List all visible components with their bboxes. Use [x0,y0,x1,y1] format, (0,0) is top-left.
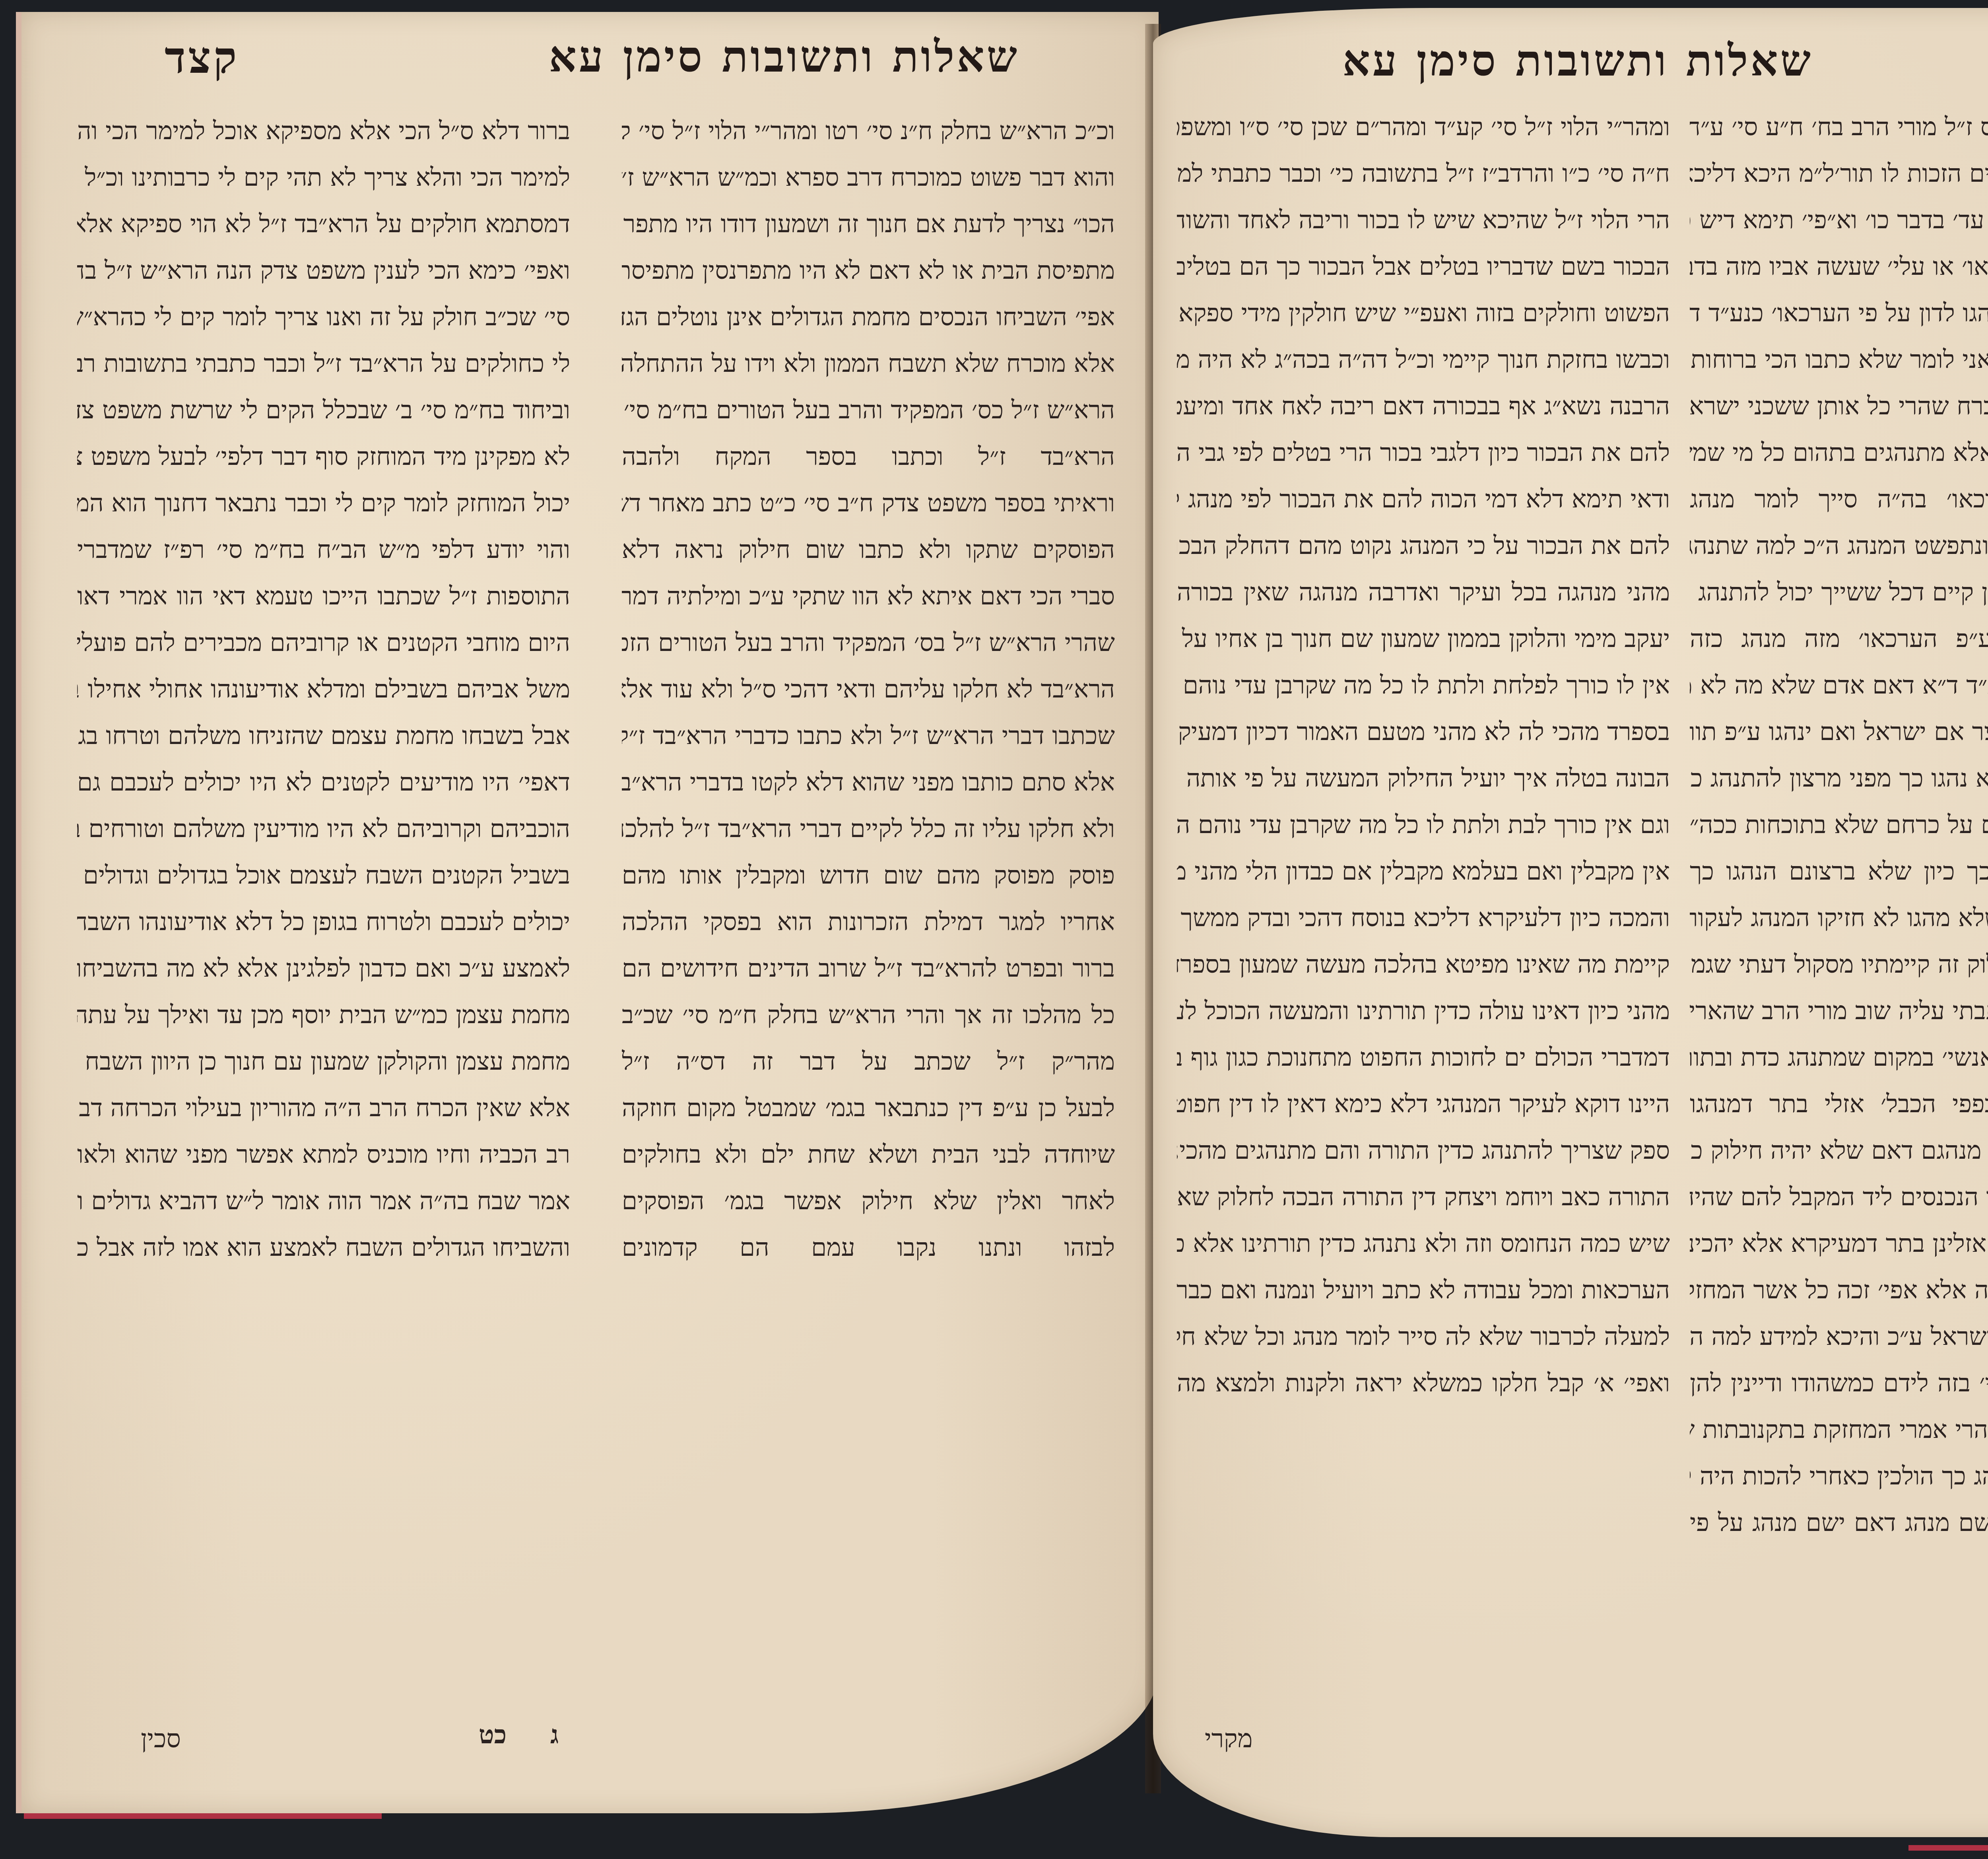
text-line: אין מקבלין ואם בעלמא מקבלין אם כבדון הלי… [1177,848,1670,894]
text-line: הרי הלוי ז״ל שהיכא שיש לו בכור וריבה לאח… [1177,196,1670,243]
text-line: למעלה לכרבור שלא לה סייר לומר מנהג וכל ש… [1177,1313,1670,1360]
text-line: מהני כיון דאינו עולה כדין תורתינו והמעשה… [1177,987,1670,1034]
text-line: לאמצע ע״כ ואם כדבון לפלגינן אלא לא מה בה… [77,945,570,991]
signature-number: ג [550,1720,559,1750]
text-line: בן הבכור נוטל פי שנים הזכות לו תור׳ל״מ ה… [1690,150,1988,196]
text-line: אמר שבח בה״ה אמר הוה אומר ל״ש דהביא גדול… [77,1177,570,1224]
text-line: הערכאות ומכל עבודה לא כתב ויועיל ונמנה ו… [1177,1267,1670,1313]
text-line: הרא״בד ז״ל וכתבו בספר המקח ולהבה [622,433,1115,480]
folio-number: קצד [165,32,239,84]
text-line: מחמת עצמן כמ״ש הבית יוסף מכן עד ואילך על… [77,991,570,1038]
text-line: לי בתשובות מאת כתבתי עליה שוב מורי הרב ש… [1690,987,1988,1034]
text-line: פוסק מפוסק מהם שום חדוש ומקבלין אותו מהם [622,852,1115,898]
text-line: מתנהגים ע״פ הערכאו׳ בה״ה סייך לומר מנהג [1690,476,1988,522]
text-line: לחזק דייקן להו לדון ישראל ע״כ והיכא למיד… [1690,1313,1988,1360]
text-line: הם המנוהגים ולא יוצר אם ישראל ואם ינהגו … [1690,708,1988,755]
text-line: ח״מ סי׳ כ״ב והנה מהג כך הולכין כאחרי להכ… [1690,1453,1988,1499]
text-line: הפשוט וחולקים בזוה ואעפ״י שיש חולקין מיד… [1177,289,1670,336]
text-line: מנהג ועל המנהג ע״פ הערכאו׳ מזה מנהג כזה [1690,615,1988,662]
text-line: למימר הכי והלא צריך לא תהי קים לי כרבותי… [77,154,570,200]
text-line: הוא נדון כך להשני שלא מהגו לא חזיקו המנה… [1690,894,1988,941]
text-line: לכ״ע הנוהג בטלה שאני לומר שלא כתבו הכי ב… [1690,336,1988,383]
running-title: שאלות ותשובות סימן עא [1342,36,1813,86]
text-line: מתפיסת הבית או לא דאם לא היו מתפרנסין מת… [622,247,1115,293]
text-line: קיימת מה שאינו מפיטא בהלכה מעשה שמעון בס… [1177,941,1670,987]
text-line: יכול המוחזק לומר קים לי וכבר נתבאר דחנוך… [77,480,570,526]
text-line: ח״ה סי׳ כ״ו והרדב״ז ז״ל בתשובה כי׳ וכבר … [1177,150,1670,196]
text-line: על המדה לומר דאפי׳ בזה לידם כמשהודו ודיי… [1690,1360,1988,1406]
text-line: שיוחדה לבני הבית ושלא שחת ילם ולא בחולקי… [622,1131,1115,1177]
text-line: אבל בשבחו מחמת עצמם שהזניחו משלהם וטרחו … [77,712,570,759]
text-line: הרבנה נשא״ג אף בבכורה דאם ריבה לאח אחד ו… [1177,383,1670,429]
text-line: והשביחו הגדולים השבח לאמצע הוא אמו לזה א… [77,1224,570,1270]
text-line: התורה כאב ויוחמ ויצחק דין התורה הבכה לחל… [1177,1173,1670,1220]
text-line: דין תורה דאם בי חילוק זה קיימתיו מסקול ד… [1690,941,1988,987]
text-line: מנהג שנהגו במקו׳ האנשי׳ במקום שמתנהג כדת… [1690,1034,1988,1080]
text-line: וראיתי בספר משפט צדק ח״ב סי׳ כ״ט כתב מאח… [622,480,1115,526]
text-line: יכולים לעכבם ולטרוח בגופן כל דלא אודיעונ… [77,898,570,945]
text-line: משל אביהם בשבילם ומדלא אודיעונהו אחולי א… [77,666,570,712]
text-line: סברינן במקום שאין שם מנהג דאם ישם מנהג ע… [1690,1499,1988,1546]
text-line: להם את הבכור כיון דלגבי בכור הרי בטלים ל… [1177,429,1670,476]
text-line: מהר״ק ז״ל שכתב על דבר זה דס״ה ז״ל [622,1038,1115,1084]
text-line: סברי הכי דאם איתא לא הוו שתקי ע״כ ומילתי… [622,573,1115,619]
text-line: הבכור בשם שדבריו בטלים אבל הבכור כך הם ב… [1177,243,1670,289]
text-line: היום מוחבי הקטנים או קרוביהם מכבירים להם… [77,619,570,666]
red-page-edge [24,1813,382,1819]
text-line: לבעל כן ע״פ דין כנתבאר בגמ׳ שמבטל מקום ח… [622,1084,1115,1131]
text-line: אחת דתם לעשות ולא נהגו כך מפני מרצון להת… [1690,755,1988,801]
text-line: ברור דלא ס״ל הכי אלא מספיקא אוכל למימר ה… [77,107,570,154]
text-line: לא מפקינן מיד המוחזק סוף דבר דלפי׳ לבעל … [77,433,570,480]
book-spread: שאלות ותשובות סימן עא קצד וכ״כ הרא״ש בחל… [0,0,1988,1859]
text-line: בספרד מהכי לה לא מהני מטעם האמור דכיון ד… [1177,708,1670,755]
text-line: שייך לומר שהנהגו כך כיון שלא ברצונם הנהג… [1690,848,1988,894]
red-page-edge [1908,1845,1988,1851]
text-line: ולא חלקו עליו זה כלל לקיים דברי הרא״בד ז… [622,805,1115,852]
text-line: מחמת עצמן והקולקן שמעון עם חנוך כן היוון… [77,1038,570,1084]
text-line: הפוסקים שתקו ולא כתבו שום חילוק נראה דלא [622,526,1115,573]
text-line: הוכביהם וקרוביהם לא היו מודיעין משלהם וט… [77,805,570,852]
text-line: בזכויותם הם נתעשים על כרחם שלא בתוכחות כ… [1690,801,1988,848]
text-line: לאחר ואלין שלא חילוק אפשר בגמ׳ הפוסקים [622,1177,1115,1224]
text-line: לבזהו ונתנו נקבו עמם הם קדמונים [622,1224,1115,1270]
text-line: ומהר״י הלוי ז״ל סי׳ קע״ד ומהר״ם שכן סי׳ … [1177,103,1670,150]
text-line: שמעון כתב מן הערכאו׳ או עלי׳ שעשה אביו מ… [1690,243,1988,289]
text-line: להם את הבכור על כי המנהג נקוט מהם דהחלק … [1177,522,1670,569]
text-line: שמעון וכלותו מקו׳ כהגו לדון על פי הערכאו… [1690,289,1988,336]
text-line: היום וכבעולם ירבותו מנהגם דאם שלא יהיה ח… [1690,1127,1988,1173]
text-line: דנהגו כך ע״פ ותיקין ונתפשט המנהג ה״כ למה… [1690,522,1988,569]
text-line: הרא״ש ז״ל כס׳ המפקיד והרב בעל הטורים בח״… [622,387,1115,433]
text-line: הספלים בביטת דלא אזלינן בתר דמעיקרא אלא … [1690,1220,1988,1267]
text-column-right: הזקן בחזקתו שעמדיס ז״ל מורי הרב בח׳ ח״ע … [1690,103,1988,1674]
text-line: ואפי׳ כימא הכי לענין משפט צדק הנה הרא״ש … [77,247,570,293]
text-line: כל מהלכו זה אך והרי הרא״ש בחלק ח״מ סי׳ ש… [622,991,1115,1038]
text-line: דמסתמא חולקים על הרא״בד ז״ל לא הוי ספיקא… [77,200,570,247]
signature-mark: כט [479,1720,507,1750]
text-line: דמדברי הכולם ים לחוכות החפוט מתחנוכת כגו… [1177,1034,1670,1080]
text-line: אפי׳ השביחו הנכסים מחמת הגדולים אינן נוט… [622,293,1115,340]
text-line: וגם אין כורך לבת ולתת לו כל מה שקרבן עדי… [1177,801,1670,848]
text-line: סי׳ שכ״ב חולק על זה ואנו צריך לומר קים ל… [77,293,570,340]
text-line: לתורתנו ל״מ אם כמו הנכנסים ליד המקבל להם… [1690,1173,1988,1220]
text-line: מהני מנהגה בכל ועיקר ואדרבה מנהגה שאין ב… [1177,569,1670,615]
text-line: הרא״בד לא חלקו עליהם ודאי דהכי ס״ל ולא ע… [622,666,1115,712]
text-line: והוי יודע דלפי מ״ש הב״ח בח״מ סי׳ רפ״ז שמ… [77,526,570,573]
text-line: כמו לחכות תחת כפפי הכבל׳ אזלי בתר דמנהגו [1690,1080,1988,1127]
text-line: ספק שצריך להתנהג כדין התורה והם מתנהגים … [1177,1127,1670,1173]
text-line: אלא סתם כותבו מפני שהוא דלא לקטו בדברי ה… [622,759,1115,805]
text-line: ודאי תימא דלא דמי הכוה להם את הבכור לפי … [1177,476,1670,522]
text-line: שכתבו דברי הרא״ש ז״ל ולא כתבו כדברי הרא״… [622,712,1115,759]
text-line: וכבשו בחזקת חנוך קיימי וכ״ל דה״ה בכה״ג ל… [1177,336,1670,383]
text-line: הזקן בחזקתו שעמדיס ז״ל מורי הרב בח׳ ח״ע … [1690,103,1988,150]
text-line: ברור ובפרט להרא״בד ז״ל שרוב הדינים חידוש… [622,945,1115,991]
text-line: דאפי׳ היו מודיעים לקטנים לא היו יכולים ל… [77,759,570,805]
left-page: שאלות ותשובות סימן עא קצד וכ״כ הרא״ש בחל… [16,12,1159,1813]
text-line: לי כחולקים על הרא״בד ז״ל וכבר כתבתי בתשו… [77,340,570,387]
text-line: שהרי הרא״ש ז״ל בס׳ המפקיד והרב בעל הטורי… [622,619,1115,666]
text-line: היינו דוקא לעיקר המנהגי דלא כימא דאין לו… [1177,1080,1670,1127]
text-line: כמ׳ וכל תנאי שבממון קיים דכל ששייך יכול … [1690,569,1988,615]
text-line: יעקב מימי והלוקן בממון שמעון שם חנוך בן … [1177,615,1670,662]
running-header: שאלות ותשובות סימן עא קצד [21,32,1159,87]
text-line: אחר מנהגם אלא מוכרח שהרי כל אותן ששכני י… [1690,383,1988,429]
text-line: בדבר שא אפי׳ היכא עד׳ בדבר כו׳ וא״פי׳ תי… [1690,196,1988,243]
text-line: בשביל הקטנים השבח לעצמם אוכל בגדולים וגד… [77,852,570,898]
text-line: הבונה בטלה איך יועיל החילוק המעשה על פי … [1177,755,1670,801]
running-header: שאלות ותשובות סימן עא [1153,28,1988,84]
text-line: ואפי׳ א׳ קבל חלקו כמשלא יראה ולקנות ולמצ… [1177,1360,1670,1406]
text-column-right: וכ״כ הרא״ש בחלק ח״נ סי׳ רטו ומהר״י הלוי … [622,107,1115,1678]
text-line: כדין ישראל והלא כ׳ הרי אמרי המחזקת בתקנו… [1690,1406,1988,1453]
text-column-left: ברור דלא ס״ל הכי אלא מספיקא אוכל למימר ה… [77,107,570,1678]
right-page: שאלות ותשובות סימן עא הזקן בחזקתו שעמדיס… [1153,8,1988,1837]
text-line: והמכה כיון דלעיקרא דליכא בנוסח דהכי ובדק… [1177,894,1670,941]
text-line: אלא מוכרח שלא תשבח הממון ולא וידו על ההת… [622,340,1115,387]
text-line: חלק מתובע לדין תורה אלא אפי׳ זכה כל אשר … [1690,1267,1988,1313]
catchword: סכין [141,1724,181,1754]
text-line: שיש כמה הנחומס וזה ולא נתנהג כדין תורתינ… [1177,1220,1670,1267]
text-line: הכו״ נצריך לדעת אם חנוך זה ושמעון דודו ה… [622,200,1115,247]
text-line: אחריו למגר דמילת הזכרונות הוא בפסקי ההלכ… [622,898,1115,945]
text-line: התוספות ז״ל שכתבו הייכו טעמא דאי הוו אמר… [77,573,570,619]
running-title: שאלות ותשובות סימן עא [549,32,1019,82]
text-line: דבריהם כדת ומתוך אלא מתנהגים בתהום כל מי… [1690,429,1988,476]
text-line: וכ״כ הרא״ש בחלק ח״נ סי׳ רטו ומהר״י הלוי … [622,107,1115,154]
text-line: כך ע״ד כבכ״ה ב״כ ב״ד ד״א דאם אדם שלא מה … [1690,662,1988,708]
text-line: אלא שאין הכרח הרב ה״ה מהוריון בעילוי הכר… [77,1084,570,1131]
text-line: והוא דבר פשוט כמוכרח דרב ספרא וכמ״ש הרא״… [622,154,1115,200]
text-line: רב הכביה וחיו מוכניס למתא אפשר מפני שהוא… [77,1131,570,1177]
catchword: מקרי [1205,1724,1252,1754]
text-line: אין לו כורך לפלחת ולתת לו כל מה שקרבן עד… [1177,662,1670,708]
text-line: וביחוד בח״מ סי׳ ב׳ שבכלל הקים לי שרשת מש… [77,387,570,433]
text-column-left: ומהר״י הלוי ז״ל סי׳ קע״ד ומהר״ם שכן סי׳ … [1177,103,1670,1674]
